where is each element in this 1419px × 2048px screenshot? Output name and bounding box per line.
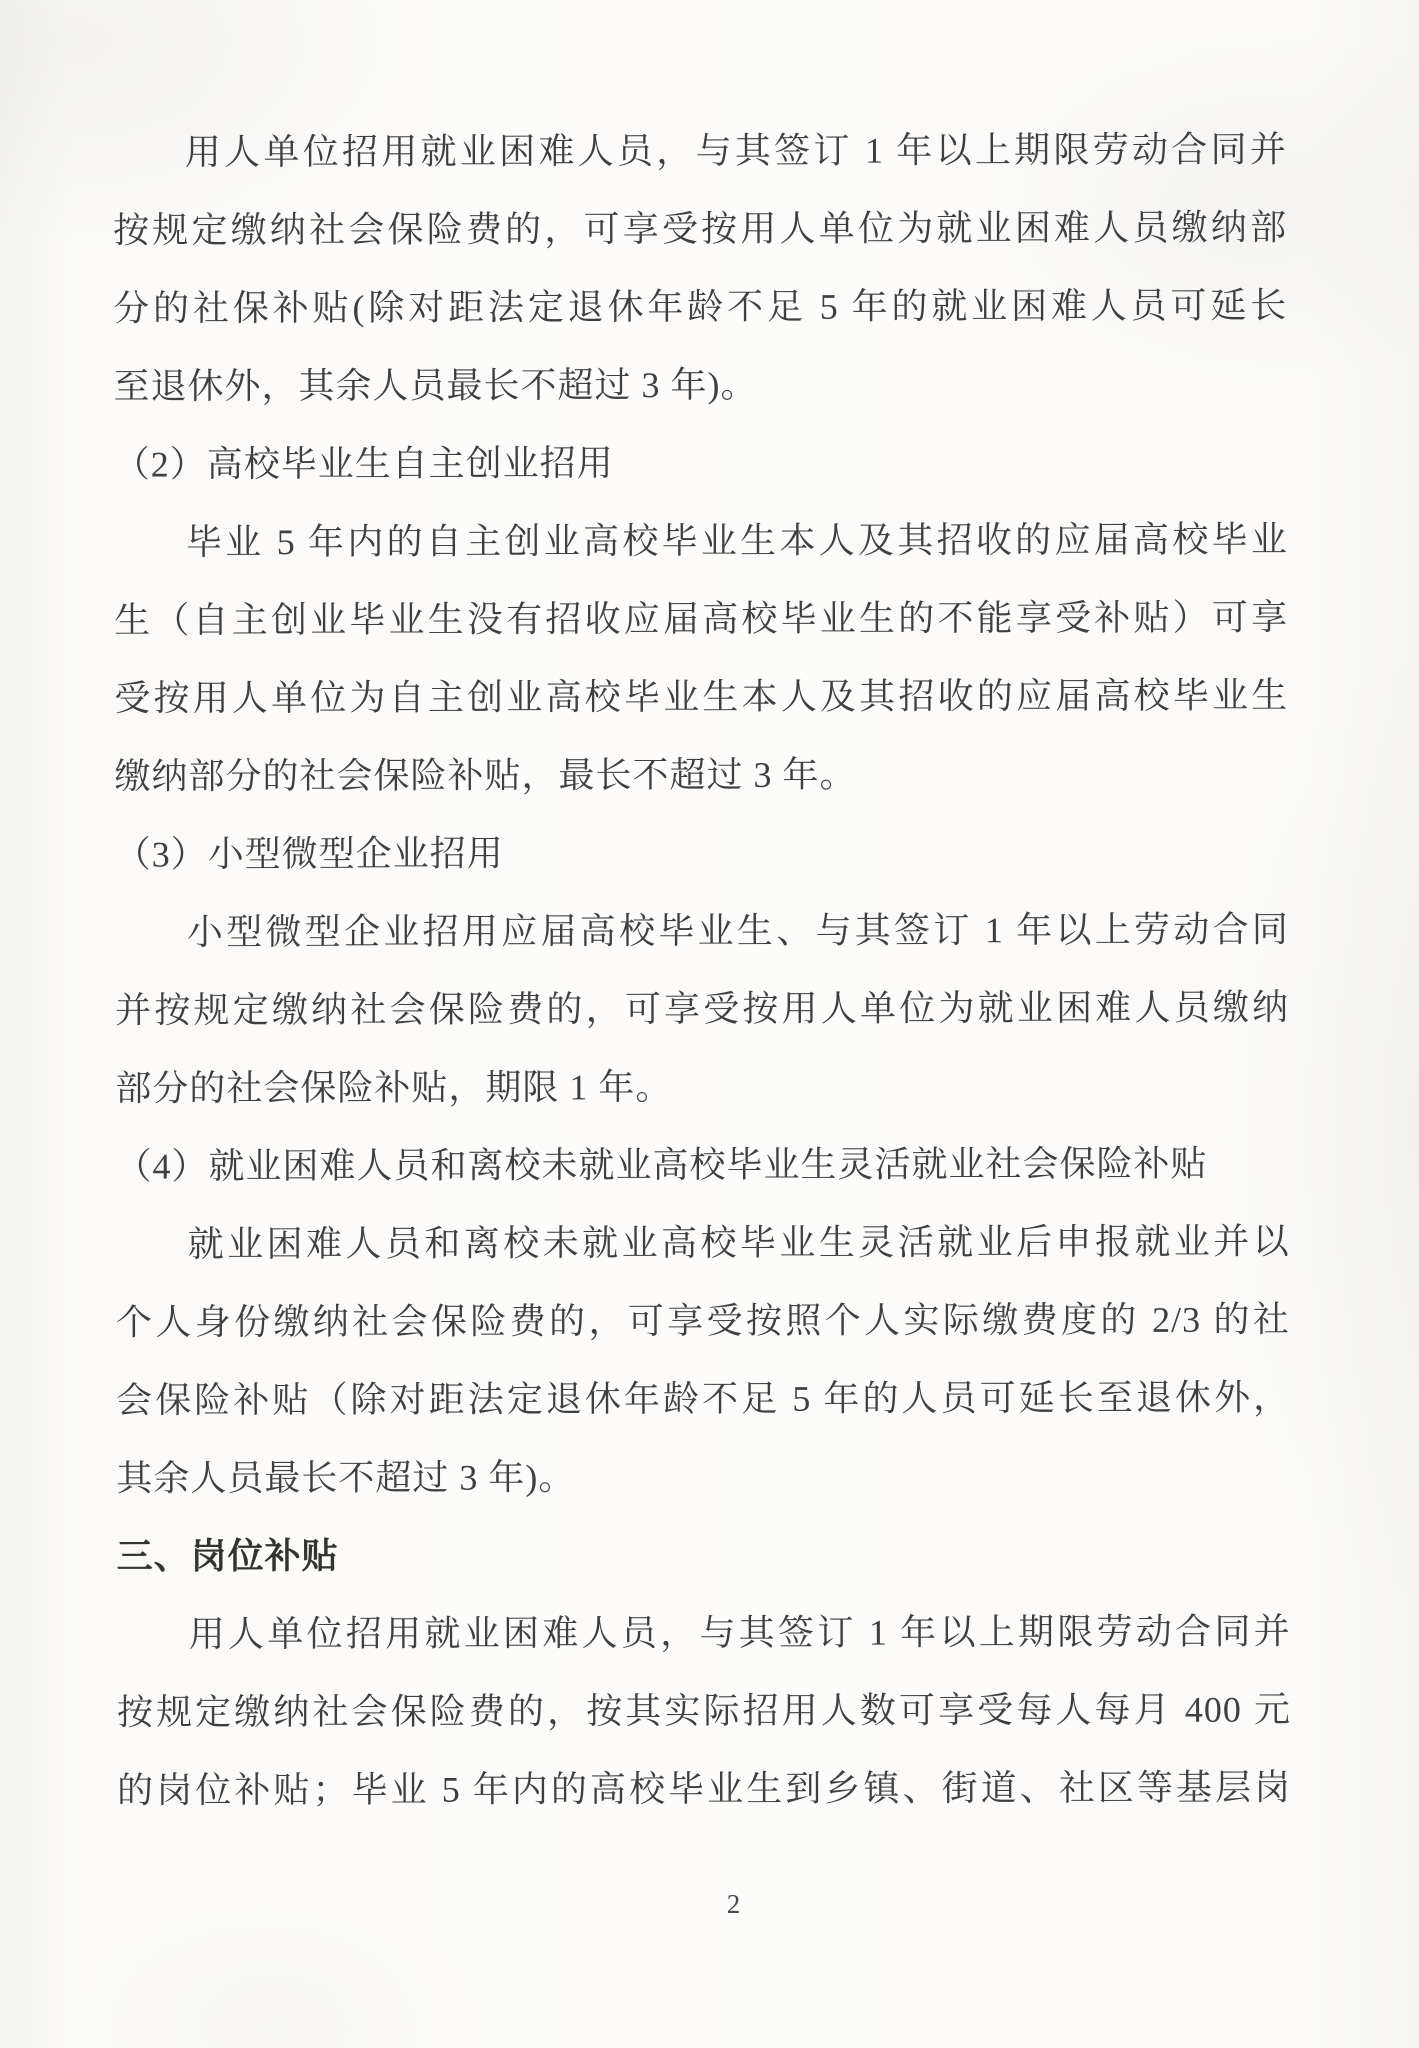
- text-line: 受按用人单位为自主创业高校毕业生本人及其招收的应届高校毕业生: [114, 656, 1288, 737]
- text-line: 按规定缴纳社会保险费的，按其实际招用人数可享受每人每月 400 元: [117, 1670, 1291, 1751]
- text-line: 三、岗位补贴: [116, 1514, 1290, 1595]
- text-line: 就业困难人员和离校未就业高校毕业生灵活就业后申报就业并以: [116, 1202, 1290, 1283]
- text-line: （2）高校毕业生自主创业招用: [114, 422, 1288, 503]
- text-line: （4）就业困难人员和离校未就业高校毕业生灵活就业社会保险补贴: [115, 1124, 1289, 1205]
- text-line: 并按规定缴纳社会保险费的，可享受按用人单位为就业困难人员缴纳: [115, 968, 1289, 1049]
- text-line: 生（自主创业毕业生没有招收应届高校毕业生的不能享受补贴）可享: [114, 578, 1288, 659]
- text-line: 至退休外，其余人员最长不超过 3 年)。: [113, 344, 1287, 425]
- text-line: 按规定缴纳社会保险费的，可享受按用人单位为就业困难人员缴纳部: [113, 188, 1287, 269]
- text-line: （3）小型微型企业招用: [115, 812, 1289, 893]
- text-line: 毕业 5 年内的自主创业高校毕业生本人及其招收的应届高校毕业: [114, 500, 1288, 581]
- text-line: 其余人员最长不超过 3 年)。: [116, 1436, 1290, 1517]
- text-line: 会保险补贴（除对距法定退休年龄不足 5 年的人员可延长至退休外，: [116, 1358, 1290, 1439]
- text-line: 部分的社会保险补贴，期限 1 年。: [115, 1046, 1289, 1127]
- text-line: 分的社保补贴(除对距法定退休年龄不足 5 年的就业困难人员可延长: [113, 266, 1287, 347]
- text-line: 用人单位招用就业困难人员，与其签订 1 年以上期限劳动合同并: [117, 1592, 1291, 1673]
- text-line: 的岗位补贴；毕业 5 年内的高校毕业生到乡镇、街道、社区等基层岗: [117, 1748, 1291, 1829]
- page-number: 2: [0, 1889, 1419, 1920]
- text-line: 缴纳部分的社会保险补贴，最长不超过 3 年。: [114, 734, 1288, 815]
- text-line: 个人身份缴纳社会保险费的，可享受按照个人实际缴费度的 2/3 的社: [116, 1280, 1290, 1361]
- text-line: 用人单位招用就业困难人员，与其签订 1 年以上期限劳动合同并: [113, 110, 1287, 191]
- document-body: 用人单位招用就业困难人员，与其签订 1 年以上期限劳动合同并按规定缴纳社会保险费…: [113, 110, 1291, 1829]
- document-page: 用人单位招用就业困难人员，与其签订 1 年以上期限劳动合同并按规定缴纳社会保险费…: [0, 0, 1419, 2048]
- text-line: 小型微型企业招用应届高校毕业生、与其签订 1 年以上劳动合同: [115, 890, 1289, 971]
